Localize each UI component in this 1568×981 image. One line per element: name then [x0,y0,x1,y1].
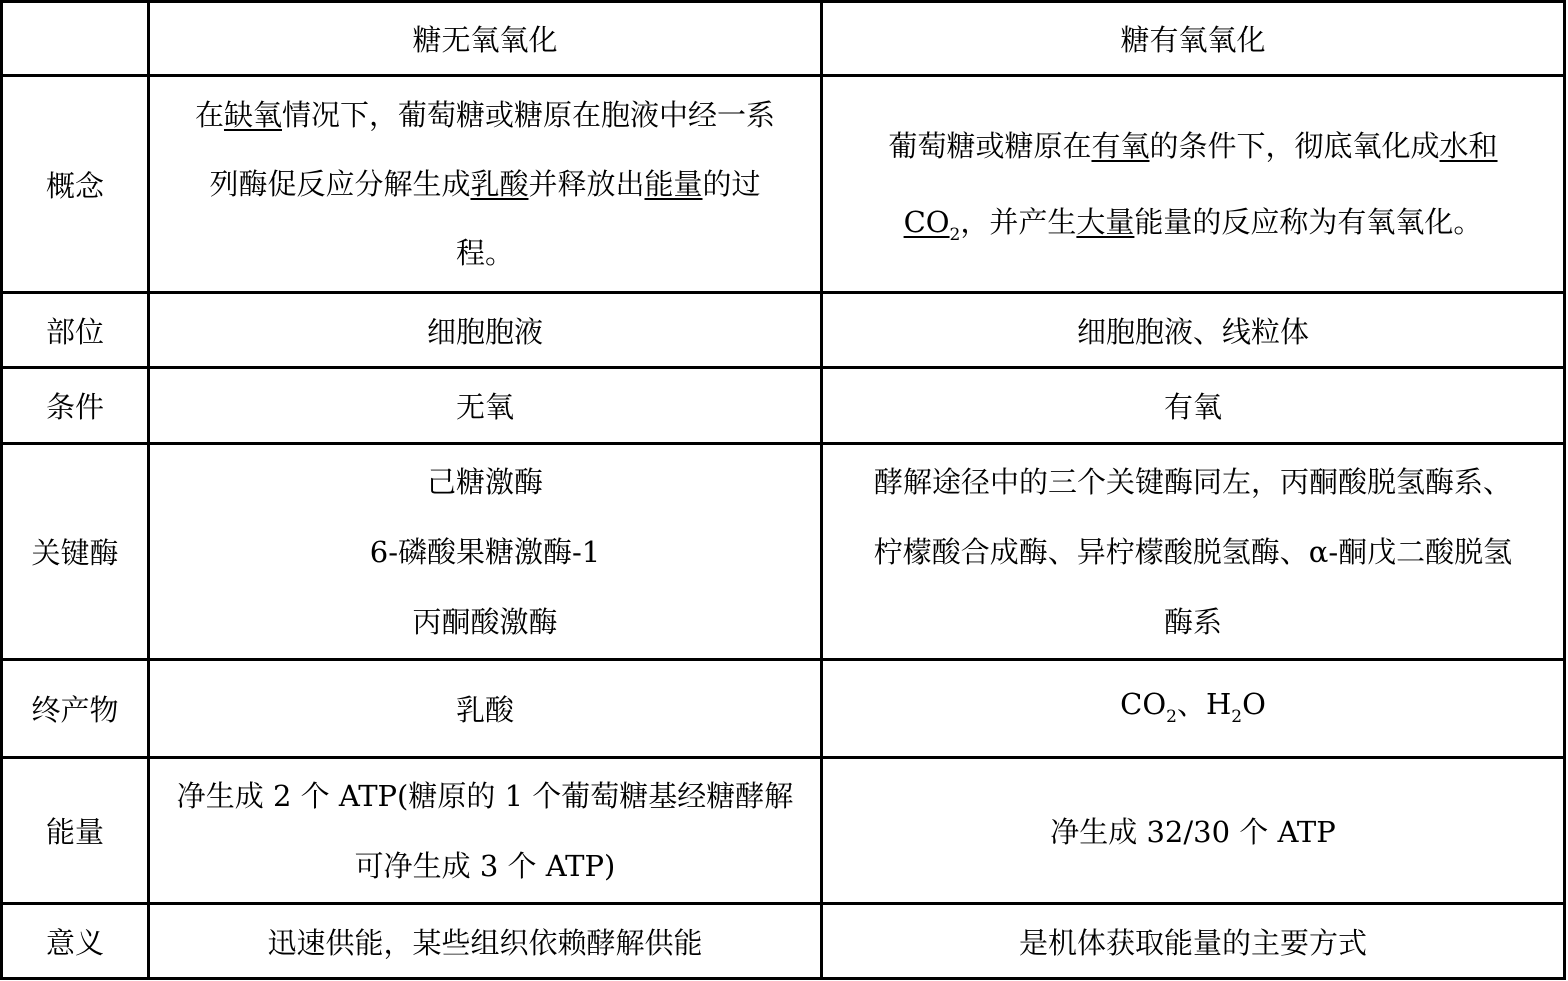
underlined-term: 能量 [645,167,703,201]
underlined-term: 水和 [1440,129,1498,163]
row-label-condition: 条件 [3,369,147,442]
energy-aerobic: 净生成 32/30 个 ATP [823,759,1563,902]
text: 的过 [703,167,761,201]
concept-anaerobic: 在缺氧情况下，葡萄糖或糖原在胞液中经一系 列酶促反应分解生成乳酸并释放出能量的过… [150,77,820,291]
table-border [1563,0,1566,980]
text: 的条件下，彻底氧化成 [1150,129,1440,163]
text: H [1206,687,1231,721]
text: 并释放出 [528,167,644,201]
location-anaerobic: 细胞胞液 [150,294,820,366]
text: 在 [195,98,224,132]
row-label-concept: 概念 [3,77,147,291]
text-line: 酶系 [1164,587,1222,657]
enzyme-item: 6-磷酸果糖激酶-1 [370,517,601,587]
co2-formula: CO2 [904,205,961,239]
text: 能量的反应称为有氧氧化。 [1134,205,1482,239]
text: 情况下，葡萄糖或糖原在胞液中经一系 [282,98,775,132]
significance-anaerobic: 迅速供能，某些组织依赖酵解供能 [150,905,820,977]
underlined-term: 有氧 [1091,129,1149,163]
text-line: 净生成 2 个 ATP(糖原的 1 个葡萄糖基经糖酵解 [177,761,794,831]
enzyme-item: 丙酮酸激酶 [412,587,557,657]
subscript: 2 [950,225,961,245]
table-border [0,977,1566,980]
formula-line: CO2、H2O [1120,682,1266,723]
key-enzymes-anaerobic: 己糖激酶 6-磷酸果糖激酶-1 丙酮酸激酶 [150,445,820,658]
comparison-table: 糖无氧氧化 糖有氧氧化 概念 在缺氧情况下，葡萄糖或糖原在胞液中经一系 列酶促反… [0,0,1568,981]
row-label-significance: 意义 [3,905,147,977]
text-line: 可净生成 3 个 ATP) [355,831,616,901]
location-aerobic: 细胞胞液、线粒体 [823,294,1563,366]
text: 葡萄糖或糖原在 [888,129,1091,163]
header-anaerobic: 糖无氧氧化 [150,3,820,74]
row-label-key-enzymes: 关键酶 [3,445,147,658]
subscript: 2 [1231,707,1242,727]
text-line: 柠檬酸合成酶、异柠檬酸脱氢酶、α-酮戊二酸脱氢 [874,517,1512,587]
key-enzymes-aerobic: 酵解途径中的三个关键酶同左，丙酮酸脱氢酶系、 柠檬酸合成酶、异柠檬酸脱氢酶、α-… [823,445,1563,658]
condition-anaerobic: 无氧 [150,369,820,442]
text: 、 [1177,687,1206,721]
text: CO [904,205,950,239]
significance-aerobic: 是机体获取能量的主要方式 [823,905,1563,977]
row-label-location: 部位 [3,294,147,366]
end-products-anaerobic: 乳酸 [150,661,820,756]
header-empty [3,3,147,74]
text-line: 列酶促反应分解生成乳酸并释放出能量的过 [209,150,760,219]
header-aerobic: 糖有氧氧化 [823,3,1563,74]
text-line: 葡萄糖或糖原在有氧的条件下，彻底氧化成水和 [888,108,1497,184]
text: CO [1120,687,1166,721]
concept-aerobic: 葡萄糖或糖原在有氧的条件下，彻底氧化成水和 CO2，并产生大量能量的反应称为有氧… [823,77,1563,291]
text-line: 程。 [456,219,514,288]
text: 列酶促反应分解生成 [209,167,470,201]
end-products-aerobic: CO2、H2O [823,661,1563,756]
enzyme-item: 己糖激酶 [427,447,543,517]
text: O [1242,687,1266,721]
row-label-end-products: 终产物 [3,661,147,756]
text-line: 在缺氧情况下，葡萄糖或糖原在胞液中经一系 [195,81,775,150]
underlined-term: 乳酸 [470,167,528,201]
subscript: 2 [1166,707,1177,727]
energy-anaerobic: 净生成 2 个 ATP(糖原的 1 个葡萄糖基经糖酵解 可净生成 3 个 ATP… [150,759,820,902]
condition-aerobic: 有氧 [823,369,1563,442]
text: ，并产生 [960,205,1076,239]
text-line: CO2，并产生大量能量的反应称为有氧氧化。 [904,184,1483,260]
text-line: 酵解途径中的三个关键酶同左，丙酮酸脱氢酶系、 [874,447,1512,517]
underlined-term: 缺氧 [224,98,282,132]
row-label-energy: 能量 [3,759,147,902]
text: 程。 [456,236,514,270]
underlined-term: 大量 [1076,205,1134,239]
